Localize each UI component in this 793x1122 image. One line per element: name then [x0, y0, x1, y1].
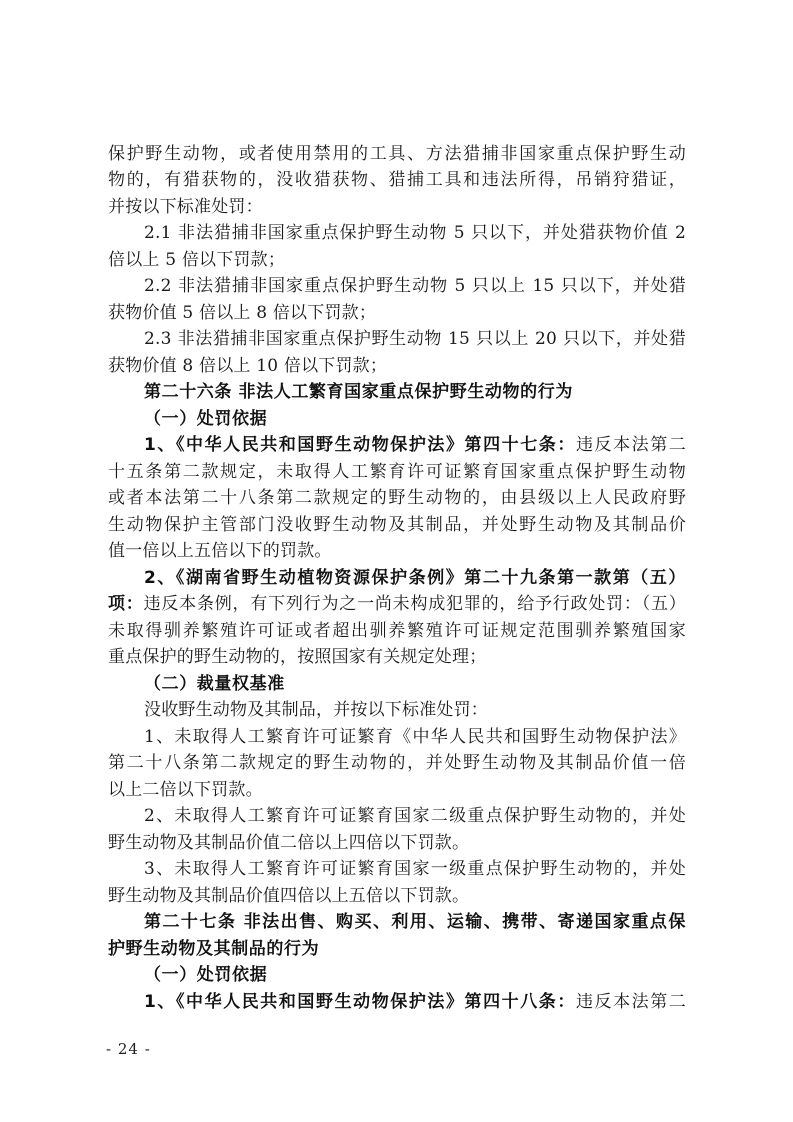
- list-item-2-2: 2.2 非法猎捕非国家重点保护野生动物 5 只以上 15 只以下，并处猎: [144, 273, 686, 299]
- body-text-line: 值一倍以上五倍以下的罚款。: [108, 538, 686, 564]
- list-item-2-3: 2.3 非法猎捕非国家重点保护野生动物 15 只以上 20 只以下，并处猎: [144, 326, 686, 352]
- body-text-line: 并按以下标准处罚：: [108, 194, 686, 220]
- page-number: - 24 -: [106, 1040, 151, 1058]
- body-text: 违反本法第二: [576, 435, 686, 455]
- body-text-line: 或者本法第二十八条第二款规定的野生动物的，由县级以上人民政府野: [108, 485, 686, 511]
- standard-item-3: 3、未取得人工繁育许可证繁育国家一级重点保护野生动物的，并处: [144, 856, 686, 882]
- section-heading-penalty-basis: （一）处罚依据: [144, 406, 686, 432]
- legal-basis-item-1: 1、《中华人民共和国野生动物保护法》第四十八条：违反本法第二: [144, 989, 686, 1015]
- body-text-line: 物的，有猎获物的，没收猎获物、猎捕工具和违法所得，吊销狩猎证，: [108, 167, 686, 193]
- body-text-line: 以上二倍以下罚款。: [108, 777, 686, 803]
- body-text-line: 第二十八条第二款规定的野生动物的，并处野生动物及其制品价值一倍: [108, 750, 686, 776]
- body-text-line: 未取得驯养繁殖许可证或者超出驯养繁殖许可证规定范围驯养繁殖国家: [108, 618, 686, 644]
- article-27-heading: 第二十七条 非法出售、购买、利用、运输、携带、寄递国家重点保: [144, 909, 686, 935]
- body-text-line: 获物价值 8 倍以上 10 倍以下罚款；: [108, 353, 686, 379]
- body-text-line: 十五条第二款规定，未取得人工繁育许可证繁育国家重点保护野生动物: [108, 459, 686, 485]
- body-text: 违反本法第二: [576, 992, 686, 1012]
- body-text-line: 没收野生动物及其制品，并按以下标准处罚：: [144, 697, 686, 723]
- standard-item-2: 2、未取得人工繁育许可证繁育国家二级重点保护野生动物的，并处: [144, 803, 686, 829]
- body-text-line: 重点保护的野生动物的，按照国家有关规定处理；: [108, 644, 686, 670]
- body-text-line: 倍以上 5 倍以下罚款；: [108, 247, 686, 273]
- legal-basis-item-1: 1、《中华人民共和国野生动物保护法》第四十七条：违反本法第二: [144, 432, 686, 458]
- article-27-heading-cont: 护野生动物及其制品的行为: [108, 936, 686, 962]
- body-text-line: 项：违反本条例，有下列行为之一尚未构成犯罪的，给予行政处罚：（五）: [108, 591, 686, 617]
- standard-item-1: 1、未取得人工繁育许可证繁育《中华人民共和国野生动物保护法》: [144, 724, 686, 750]
- law-citation: 项：: [108, 594, 144, 614]
- body-text: 违反本条例，有下列行为之一尚未构成犯罪的，给予行政处罚：（五）: [144, 594, 686, 614]
- article-26-heading: 第二十六条 非法人工繁育国家重点保护野生动物的行为: [144, 379, 686, 405]
- body-text-line: 野生动物及其制品价值二倍以上四倍以下罚款。: [108, 830, 686, 856]
- legal-basis-item-2: 2、《湖南省野生动植物资源保护条例》第二十九条第一款第（五）: [144, 565, 686, 591]
- body-text-line: 获物价值 5 倍以上 8 倍以下罚款；: [108, 300, 686, 326]
- document-page: 保护野生动物，或者使用禁用的工具、方法猎捕非国家重点保护野生动 物的，有猎获物的…: [0, 0, 793, 1122]
- body-text-line: 野生动物及其制品价值四倍以上五倍以下罚款。: [108, 883, 686, 909]
- body-text-line: 保护野生动物，或者使用禁用的工具、方法猎捕非国家重点保护野生动: [108, 141, 686, 167]
- body-text-line: 生动物保护主管部门没收野生动物及其制品，并处野生动物及其制品价: [108, 512, 686, 538]
- law-citation: 1、《中华人民共和国野生动物保护法》第四十八条：: [144, 992, 576, 1012]
- section-heading-penalty-basis: （一）处罚依据: [144, 962, 686, 988]
- law-citation: 1、《中华人民共和国野生动物保护法》第四十七条：: [144, 435, 576, 455]
- list-item-2-1: 2.1 非法猎捕非国家重点保护野生动物 5 只以下，并处猎获物价值 2: [144, 220, 686, 246]
- section-heading-discretion-standard: （二）裁量权基准: [144, 671, 686, 697]
